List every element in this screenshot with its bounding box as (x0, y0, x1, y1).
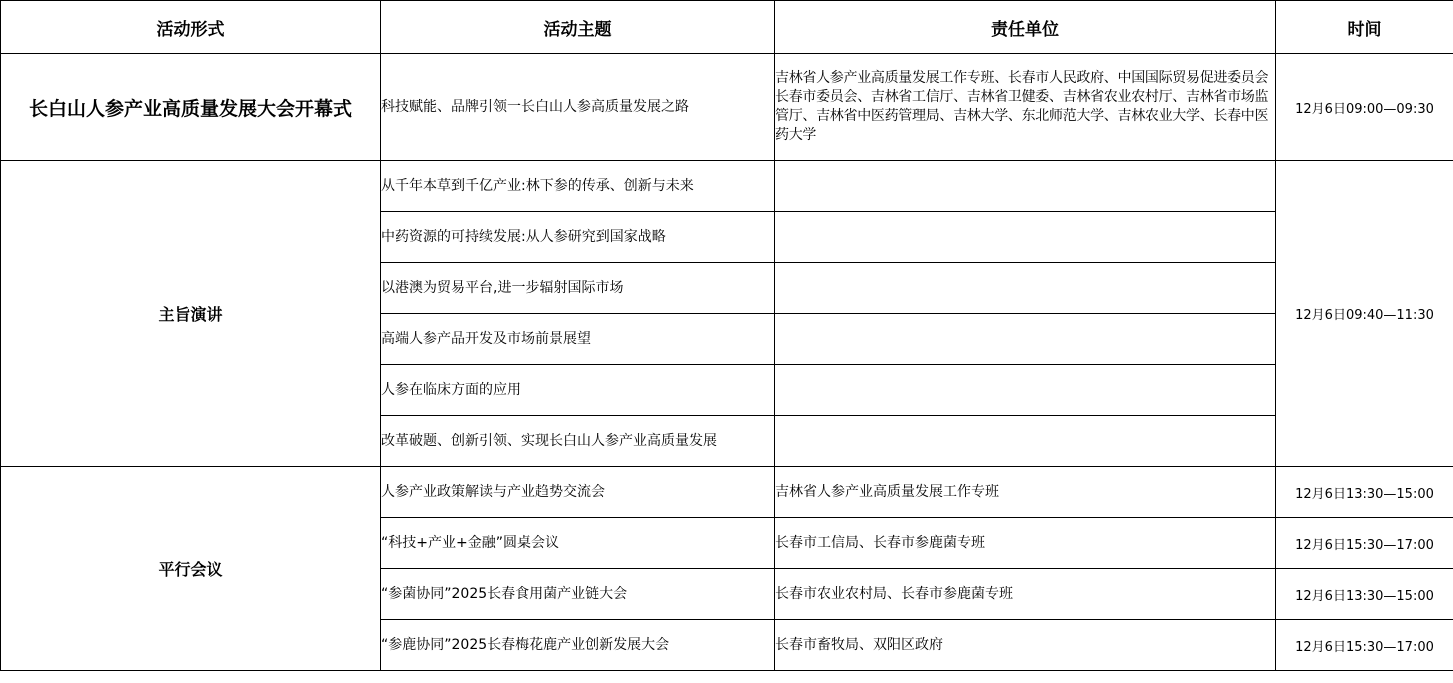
keynote-theme: 从千年本草到千亿产业:林下参的传承、创新与未来 (381, 161, 775, 212)
parallel-theme: 人参产业政策解读与产业趋势交流会 (381, 467, 775, 518)
header-time: 时间 (1276, 1, 1453, 54)
parallel-theme: “科技+产业+金融”圆桌会议 (381, 518, 775, 569)
keynote-theme: 改革破题、创新引领、实现长白山人参产业高质量发展 (381, 416, 775, 467)
parallel-unit: 长春市畜牧局、双阳区政府 (775, 620, 1276, 671)
parallel-unit: 长春市农业农村局、长春市参鹿菌专班 (775, 569, 1276, 620)
opening-theme: 科技赋能、品牌引领一长白山人参高质量发展之路 (381, 54, 775, 161)
parallel-time: 12月6日13:30—15:00 (1276, 467, 1453, 518)
keynote-unit (775, 314, 1276, 365)
header-responsible-unit: 责任单位 (775, 1, 1276, 54)
opening-time: 12月6日09:00—09:30 (1276, 54, 1453, 161)
keynote-theme: 人参在临床方面的应用 (381, 365, 775, 416)
keynote-theme: 中药资源的可持续发展:从人参研究到国家战略 (381, 212, 775, 263)
keynote-theme: 以港澳为贸易平台,进一步辐射国际市场 (381, 263, 775, 314)
activity-schedule-table: 活动形式 活动主题 责任单位 时间 长白山人参产业高质量发展大会开幕式 科技赋能… (0, 0, 1453, 671)
parallel-time: 12月6日15:30—17:00 (1276, 518, 1453, 569)
keynote-unit (775, 161, 1276, 212)
keynote-unit (775, 263, 1276, 314)
table-row-parallel: 平行会议 人参产业政策解读与产业趋势交流会 吉林省人参产业高质量发展工作专班 1… (1, 467, 1453, 518)
table-row-keynote: 主旨演讲 从千年本草到千亿产业:林下参的传承、创新与未来 12月6日09:40—… (1, 161, 1453, 212)
header-activity-form: 活动形式 (1, 1, 381, 54)
keynote-unit (775, 212, 1276, 263)
keynote-time: 12月6日09:40—11:30 (1276, 161, 1453, 467)
parallel-theme: “参鹿协同”2025长春梅花鹿产业创新发展大会 (381, 620, 775, 671)
parallel-unit: 长春市工信局、长春市参鹿菌专班 (775, 518, 1276, 569)
table-row-opening: 长白山人参产业高质量发展大会开幕式 科技赋能、品牌引领一长白山人参高质量发展之路… (1, 54, 1453, 161)
keynote-form: 主旨演讲 (1, 161, 381, 467)
keynote-theme: 高端人参产品开发及市场前景展望 (381, 314, 775, 365)
opening-unit: 吉林省人参产业高质量发展工作专班、长春市人民政府、中国国际贸易促进委员会长春市委… (775, 54, 1276, 161)
keynote-unit (775, 416, 1276, 467)
parallel-time: 12月6日15:30—17:00 (1276, 620, 1453, 671)
parallel-theme: “参菌协同”2025长春食用菌产业链大会 (381, 569, 775, 620)
keynote-unit (775, 365, 1276, 416)
parallel-unit: 吉林省人参产业高质量发展工作专班 (775, 467, 1276, 518)
header-activity-theme: 活动主题 (381, 1, 775, 54)
header-row: 活动形式 活动主题 责任单位 时间 (1, 1, 1453, 54)
parallel-time: 12月6日13:30—15:00 (1276, 569, 1453, 620)
parallel-form: 平行会议 (1, 467, 381, 671)
opening-form: 长白山人参产业高质量发展大会开幕式 (1, 54, 381, 161)
